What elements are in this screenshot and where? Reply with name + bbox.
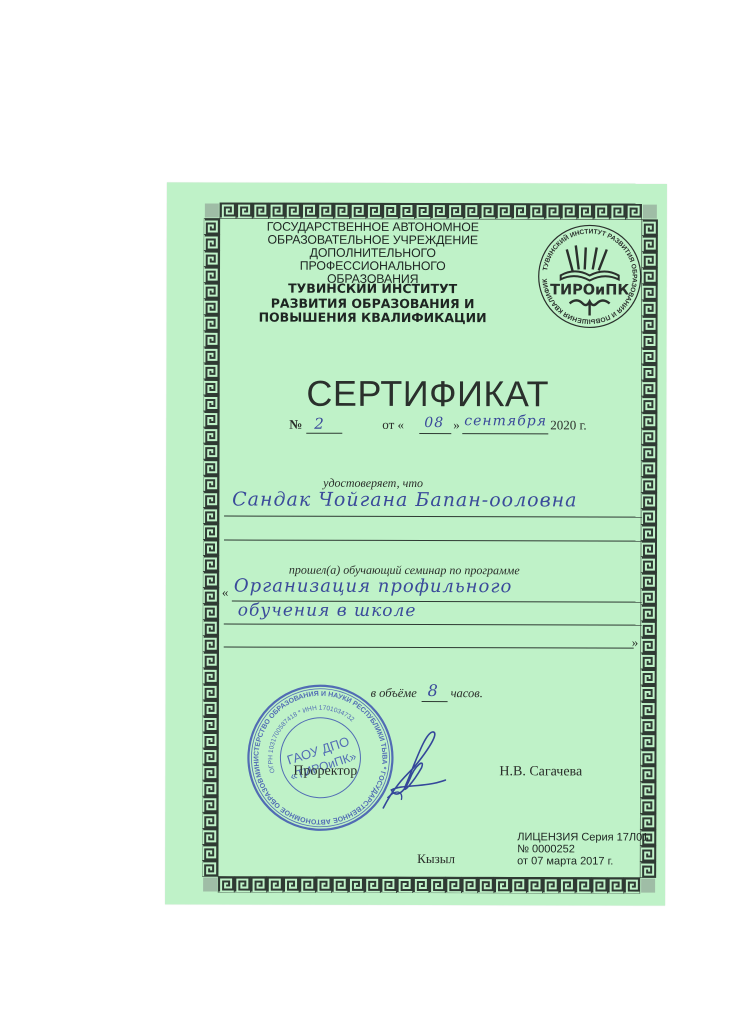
institute-line: ПОВЫШЕНИЯ КВАЛИФИКАЦИИ — [243, 311, 503, 326]
date-mid: » — [453, 417, 460, 433]
program-line-1: Организация профильного — [234, 576, 512, 598]
month-underline — [462, 433, 548, 434]
logo-abbr: ТИРОиПК — [550, 282, 629, 298]
close-quote: » — [632, 635, 639, 651]
institute-name: ТУВИНСКИЙ ИНСТИТУТ РАЗВИТИЯ ОБРАЗОВАНИЯ … — [243, 282, 503, 326]
license-series: ЛИЦЕНЗИЯ Серия 17Л01 — [517, 831, 648, 843]
certificate-paper: ГОСУДАРСТВЕННОЕ АВТОНОМНОЕ ОБРАЗОВАТЕЛЬН… — [165, 182, 667, 905]
license-info: ЛИЦЕНЗИЯ Серия 17Л01 № 0000252 от 07 мар… — [517, 831, 648, 867]
institute-logo: ТУВИНСКИЙ ИНСТИТУТ РАЗВИТИЯ ОБРАЗОВАНИЯ … — [537, 223, 643, 329]
signatory-role: Проректор — [293, 764, 357, 780]
certificate-number: 2 — [314, 415, 325, 433]
program-line-2: обучения в школе — [238, 601, 417, 621]
city: Кызыл — [417, 851, 455, 867]
license-number: № 0000252 — [517, 843, 648, 855]
license-date: от 07 марта 2017 г. — [517, 855, 648, 867]
signature-scribble — [373, 728, 453, 818]
hours-value: 8 — [428, 681, 439, 700]
certificate-year: 2020 г. — [550, 417, 586, 433]
number-underline — [306, 433, 342, 434]
volume-suffix: часов. — [451, 686, 483, 701]
number-label: № — [289, 417, 302, 433]
day-underline — [419, 433, 451, 434]
certificate-title: СЕРТИФИКАТ — [306, 373, 549, 416]
signatory-name: Н.В. Сагачева — [499, 764, 582, 780]
open-quote: « — [222, 584, 229, 600]
org-type-header: ГОСУДАРСТВЕННОЕ АВТОНОМНОЕ ОБРАЗОВАТЕЛЬН… — [253, 221, 493, 287]
recipient-name: Сандак Чойгана Бапан-ооловна — [232, 489, 577, 512]
certificate-day: 08 — [424, 415, 444, 431]
institute-line: ТУВИНСКИЙ ИНСТИТУТ — [243, 282, 503, 297]
date-prefix: от « — [382, 417, 404, 433]
certificate-month: сентября — [464, 413, 547, 429]
hours-underline — [422, 701, 448, 702]
